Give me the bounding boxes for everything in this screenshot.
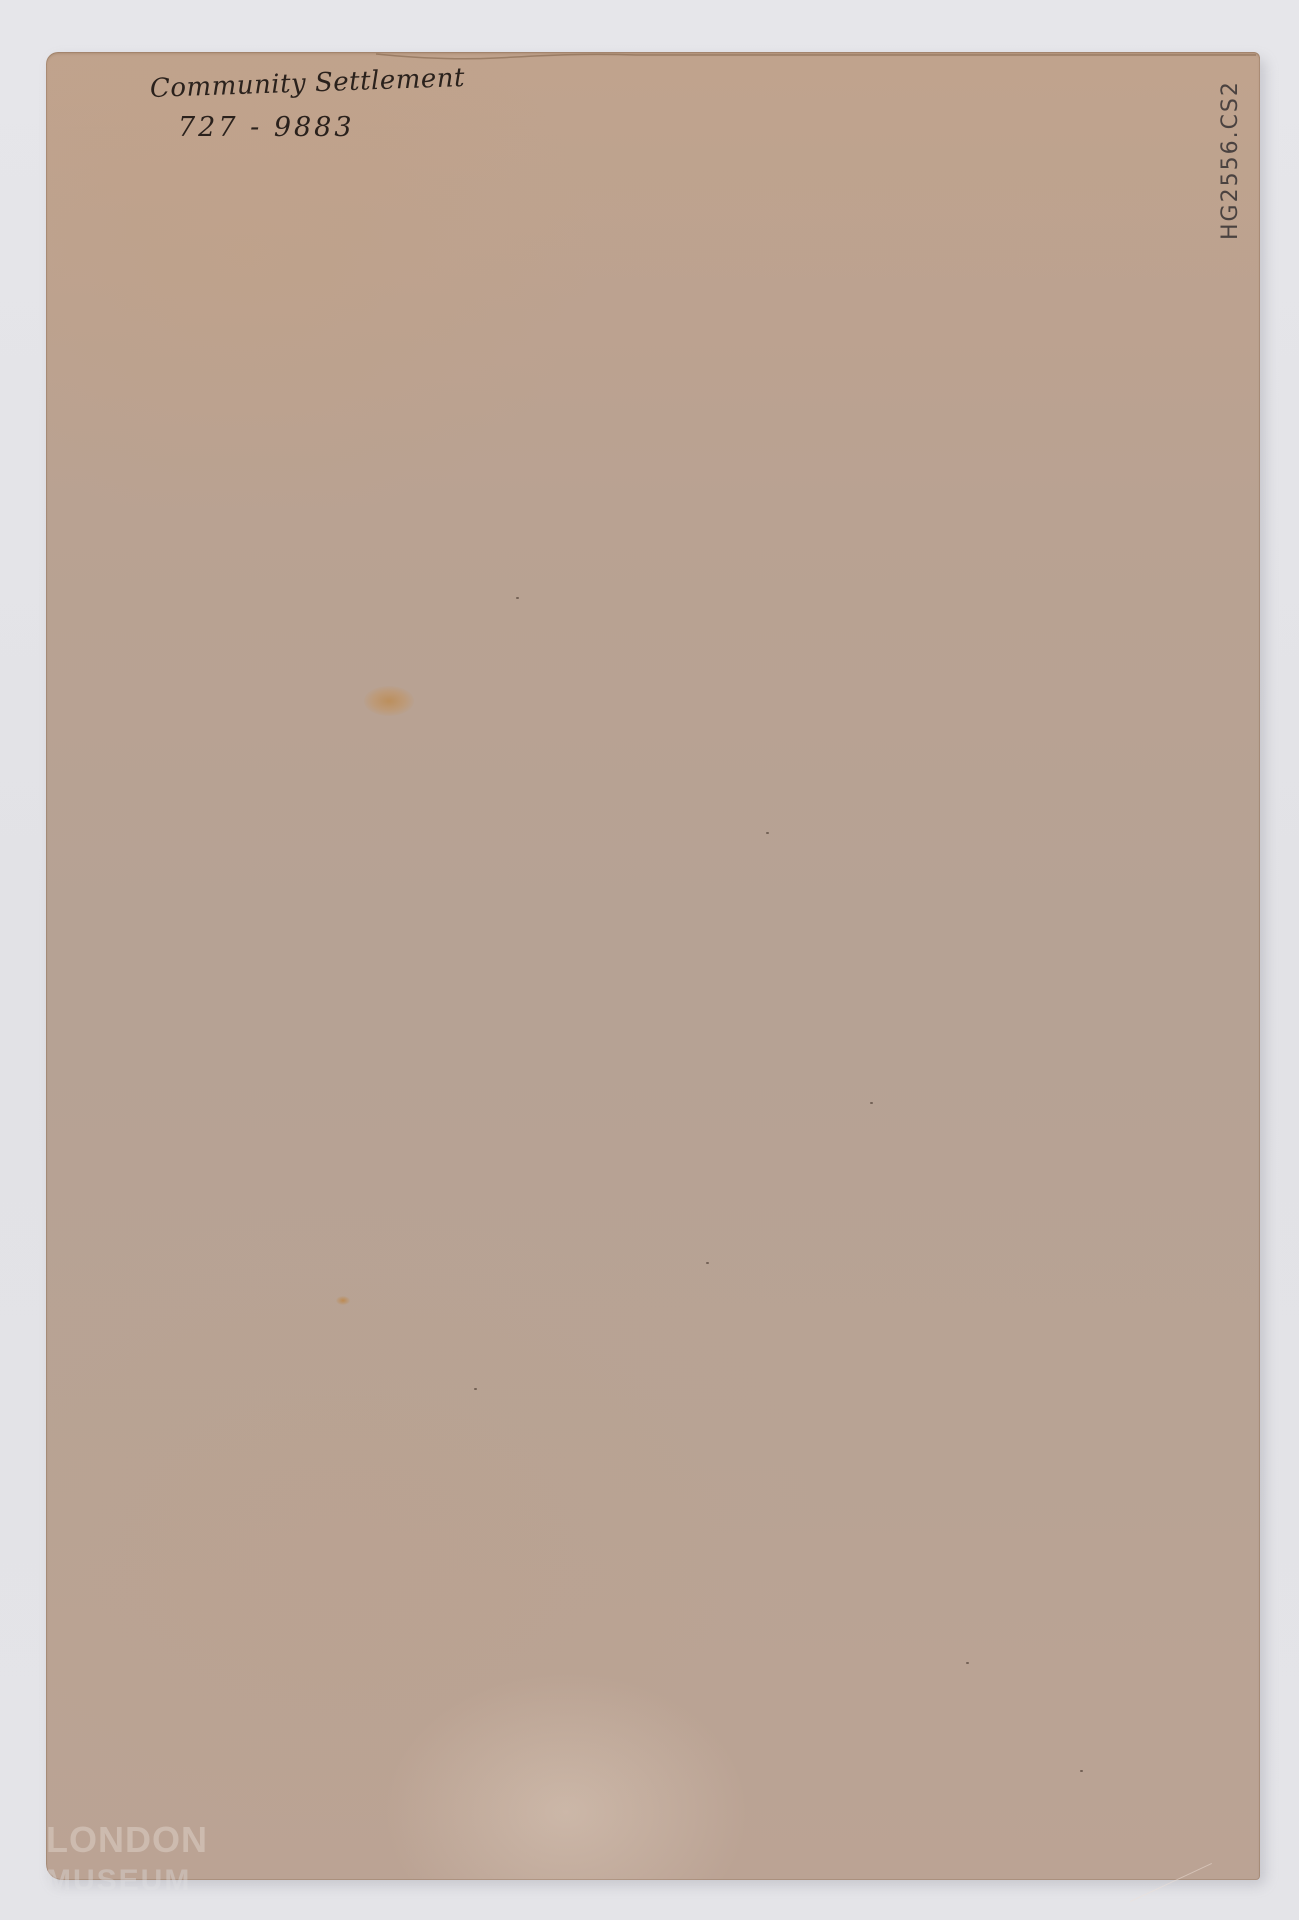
small-stain [336,1296,350,1305]
handwritten-phone-number: 727 - 9883 [178,112,355,143]
paper-speck [474,1388,477,1390]
catalogue-reference-number: HG2556.CS2 [1218,80,1243,240]
torn-top-edge [376,52,1256,62]
archival-card [46,52,1260,1880]
paper-speck [516,597,519,599]
paper-speck [966,1662,969,1664]
paper-speck [1080,1770,1083,1772]
paper-speck [706,1262,709,1264]
water-stain [364,686,414,716]
museum-watermark: LONDON [46,1822,208,1858]
paper-speck [766,832,769,834]
museum-watermark-sub: MUSEUM [46,1866,191,1896]
paper-speck [870,1102,873,1104]
